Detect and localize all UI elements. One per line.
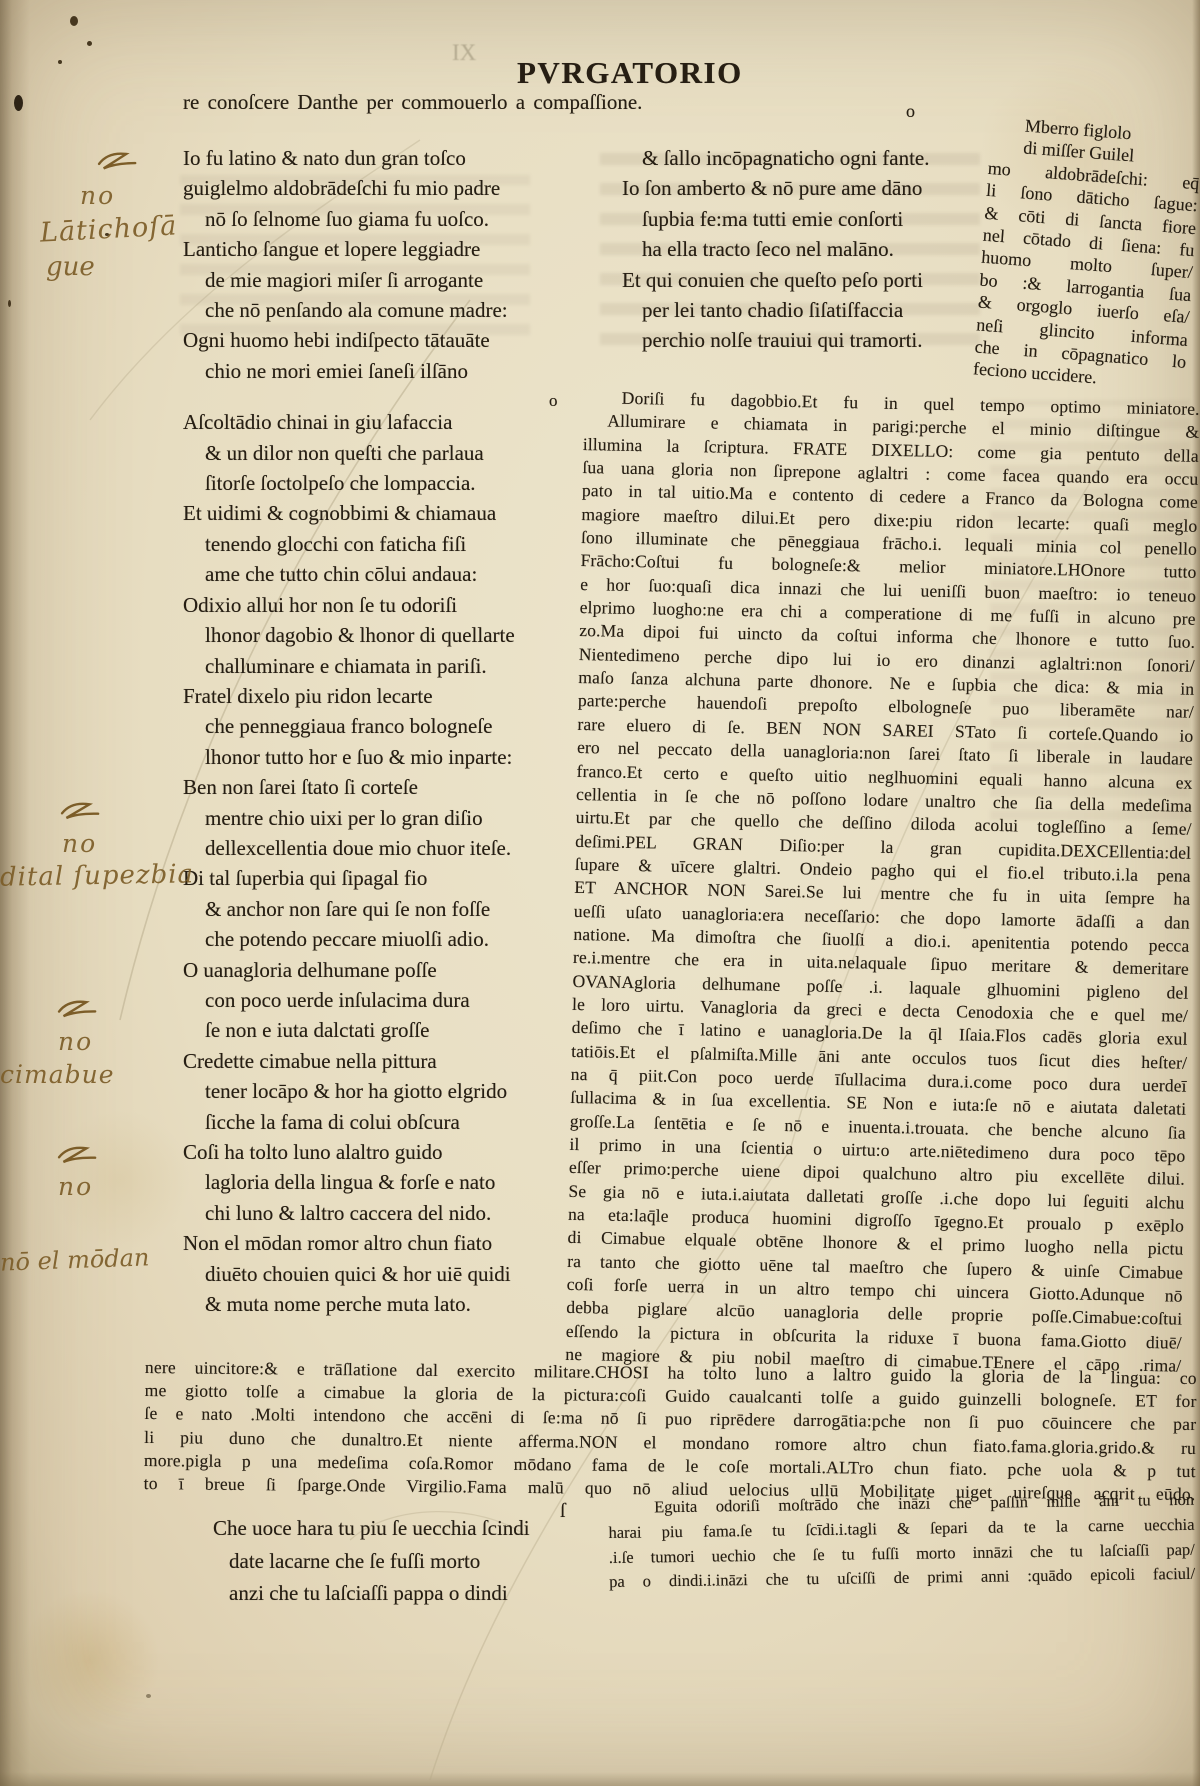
- nota-squiggle-icon: [54, 996, 100, 1024]
- poem-line: Fratel dixelo piu ridon lecarte: [183, 681, 515, 711]
- poem-line: ſitorſe ſoctolpeſo che lompaccia.: [205, 468, 515, 498]
- poem-line: Credette cimabue nella pittura: [183, 1046, 515, 1076]
- poem-line: ame che tutto chin cōlui andaua:: [205, 559, 515, 589]
- catchline: re conoſcere Danthe per commouerlo a com…: [183, 90, 642, 115]
- marginalia-nota: no: [58, 1027, 93, 1056]
- poem-line: & un dilor non queſti che parlaua: [205, 438, 515, 468]
- poem-line: & ſallo incōpagnaticho ogni fante.: [642, 143, 930, 173]
- running-title: PVRGATORIO: [517, 55, 743, 91]
- poem-line: chi luno & laltro caccera del nido.: [205, 1198, 515, 1228]
- marginalia-note: dital ſupezbia: [0, 859, 194, 892]
- poem-line: diuēto chouien quici & hor uiē quidi: [205, 1259, 515, 1289]
- nota-squiggle-icon: [54, 1142, 100, 1169]
- incunabulum-page: IX PVRGATORIO re conoſcere Danthe per co…: [0, 0, 1200, 1786]
- guide-letter: o: [906, 101, 915, 122]
- marginalia-note: cimabue: [0, 1060, 115, 1089]
- guide-letter: ſ: [560, 1500, 566, 1523]
- poem-line: Et qui conuien che queſto peſo porti: [622, 265, 930, 295]
- poem-line: nō ſo ſelnome ſuo giama fu uoſco.: [205, 204, 515, 234]
- poem-line: Ogni huomo hebi indiſpecto tātauāte: [183, 325, 515, 355]
- marginalia-nota: no: [58, 1172, 93, 1201]
- poem-line: Di tal ſuperbia qui ſipagal fio: [183, 863, 515, 893]
- book-gutter-shadow: [0, 0, 30, 1786]
- poem-column-middle: & ſallo incōpagnaticho ogni fante.Io ſon…: [622, 143, 930, 356]
- commentary-block: Doriſi fu dagobbio.Et fu in quel tempo o…: [565, 386, 1200, 1378]
- poem-line: Lanticho ſangue et lopere leggiadre: [183, 234, 515, 264]
- poem-bottom-tercet: Che uoce hara tu piu ſe uecchia ſcindida…: [213, 1512, 530, 1610]
- ink-speck: [8, 300, 11, 307]
- poem-line: lagloria della lingua & forſe e nato: [205, 1167, 515, 1197]
- page-numeral-showthrough: IX: [452, 40, 476, 66]
- poem-line: Coſi ha tolto luno alaltro guido: [183, 1137, 515, 1167]
- poem-line: Et uidimi & cognobbimi & chiamaua: [183, 498, 515, 528]
- poem-line: lhonor tutto hor e ſuo & mio inparte:: [205, 742, 515, 772]
- poem-line: Non el mōdan romor altro chun fiato: [183, 1228, 515, 1258]
- bottom-commentary-fullwidth: nere uincitore:& e trāſlatione dal exerc…: [144, 1356, 1197, 1506]
- poem-line: Io ſon amberto & nō pure ame dāno: [622, 173, 930, 203]
- page-bottom-edge: [0, 1772, 1200, 1786]
- margin-gloss: Mberro figlolodi miſſer Guilelmo aldobrā…: [972, 112, 1200, 396]
- nota-squiggle-icon: [94, 148, 140, 176]
- marginalia-note: gue: [46, 252, 95, 282]
- guide-letter: o: [549, 391, 558, 411]
- poem-line: ſe non e iuta dalctati groſſe: [205, 1015, 515, 1045]
- poem-line: challuminare e chiamata in pariſi.: [205, 651, 515, 681]
- poem-line: Odixio allui hor non ſe tu odoriſi: [183, 590, 515, 620]
- poem-line: lhonor dagobio & lhonor di quellarte: [205, 620, 515, 650]
- poem-stanza: Io fu latino & nato dun gran toſcoguigle…: [183, 143, 515, 386]
- poem-line: ſicche la fama di colui obſcura: [205, 1107, 515, 1137]
- poem-line: che nō penſando ala comune madre:: [205, 295, 515, 325]
- poem-line: date lacarne che ſe fuſſi morto: [229, 1545, 530, 1578]
- marginalia-note: nō el mōdan: [0, 1243, 150, 1276]
- poem-line: perchio nolſe trauiui qui tramorti.: [642, 325, 930, 355]
- poem-line: Che uoce hara tu piu ſe uecchia ſcindi: [213, 1512, 530, 1545]
- ink-speck: [70, 16, 78, 26]
- ink-speck: [14, 95, 23, 111]
- poem-line: tener locāpo & hor ha giotto elgrido: [205, 1076, 515, 1106]
- poem-line: che potendo peccare miuolſi adio.: [205, 924, 515, 954]
- poem-line: dellexcellentia doue mio chuor iteſe.: [205, 833, 515, 863]
- poem-line: de mie magiori miſer ſi arrogante: [205, 265, 515, 295]
- poem-line: Io fu latino & nato dun gran toſco: [183, 143, 515, 173]
- marginalia-nota: no: [80, 181, 115, 210]
- poem-line: ha ella tracto ſeco nel malāno.: [642, 234, 930, 264]
- poem-line: O uanagloria delhumane poſſe: [183, 955, 515, 985]
- poem-line: & muta nome perche muta lato.: [205, 1289, 515, 1319]
- marginalia-nota: no: [62, 829, 97, 858]
- bottom-commentary-block: Eguita odoriſi moſtrādo che ināzi che pa…: [608, 1488, 1195, 1595]
- poem-line: anzi che tu laſciaſſi pappa o dindi: [229, 1577, 530, 1610]
- ink-speck: [87, 41, 92, 46]
- poem-line: guiglelmo aldobrādeſchi fu mio padre: [183, 173, 515, 203]
- marginalia-note: Lātichoſā: [39, 210, 178, 248]
- poem-line: ſupbia fe:ma tutti emie conſorti: [642, 204, 930, 234]
- poem-line: Ben non ſarei ſtato ſi corteſe: [183, 772, 515, 802]
- poem-line: per lei tanto chadio ſiſatiſfaccia: [642, 295, 930, 325]
- poem-line: che penneggiaua franco bologneſe: [205, 711, 515, 741]
- ink-speck: [146, 1694, 151, 1698]
- ink-speck: [58, 60, 62, 64]
- poem-line: mentre chio uixi per lo gran diſio: [205, 803, 515, 833]
- poem-stanza: Aſcoltādio chinai in giu lafaccia& un di…: [183, 407, 515, 1319]
- poem-line: Aſcoltādio chinai in giu lafaccia: [183, 407, 515, 437]
- poem-column-left: Io fu latino & nato dun gran toſcoguigle…: [183, 143, 515, 1319]
- nota-squiggle-icon: [57, 798, 103, 825]
- poem-line: & anchor non ſare qui ſe non foſſe: [205, 894, 515, 924]
- poem-line: chio ne mori emiei ſaneſi ilſāno: [205, 356, 515, 386]
- poem-line: tenendo glocchi con faticha fiſi: [205, 529, 515, 559]
- poem-line: con poco uerde inſulacima dura: [205, 985, 515, 1015]
